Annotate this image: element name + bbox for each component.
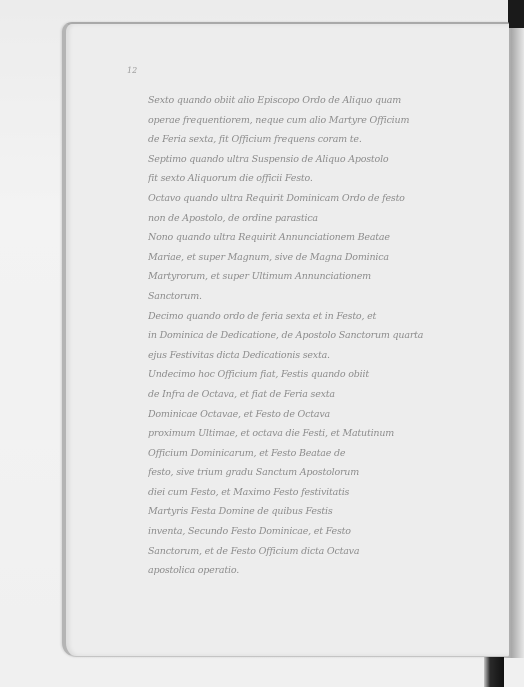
text-line: ejus Festivitas dicta Dedicationis sexta… — [148, 346, 498, 366]
text-line: de Infra de Octava, et fiat de Feria sex… — [148, 385, 498, 405]
text-line: Martyris Festa Domine de quibus Festis — [148, 502, 498, 522]
text-line: Undecimo hoc Officium fiat, Festis quand… — [148, 365, 498, 385]
text-line: Dominicae Octavae, et Festo de Octava — [148, 405, 498, 425]
text-line: Decimo quando ordo de feria sexta et in … — [148, 307, 498, 327]
text-line: Octavo quando ultra Requirit Dominicam O… — [148, 189, 498, 209]
handwritten-text-block: Sexto quando obiit alio Episcopo Ordo de… — [148, 91, 498, 581]
text-line: non de Apostolo, de ordine parastica — [148, 209, 498, 229]
text-line: Mariae, et super Magnum, sive de Magna D… — [148, 248, 498, 268]
text-line: fit sexto Aliquorum die officii Festo. — [148, 169, 498, 189]
book-binding-bottom — [484, 656, 504, 687]
text-line: inventa, Secundo Festo Dominicae, et Fes… — [148, 522, 498, 542]
text-line: Sanctorum, et de Festo Officium dicta Oc… — [148, 542, 498, 562]
text-line: Officium Dominicarum, et Festo Beatae de — [148, 444, 498, 464]
text-line: in Dominica de Dedicatione, de Apostolo … — [148, 326, 498, 346]
text-line: proximum Ultimae, et octava die Festi, e… — [148, 424, 498, 444]
page-number: 12 — [127, 66, 137, 75]
text-line: Martyrorum, et super Ultimum Annunciatio… — [148, 267, 498, 287]
text-line: Nono quando ultra Requirit Annunciatione… — [148, 228, 498, 248]
text-line: Septimo quando ultra Suspensio de Aliquo… — [148, 150, 498, 170]
text-line: festo, sive trium gradu Sanctum Apostolo… — [148, 463, 498, 483]
manuscript-page: 12 Sexto quando obiit alio Episcopo Ordo… — [62, 22, 509, 657]
text-line: diei cum Festo, et Maximo Festo festivit… — [148, 483, 498, 503]
text-line: apostolica operatio. — [148, 561, 498, 581]
text-line: de Feria sexta, fit Officium frequens co… — [148, 130, 498, 150]
text-line: Sanctorum. — [148, 287, 498, 307]
text-line: Sexto quando obiit alio Episcopo Ordo de… — [148, 91, 498, 111]
text-line: operae frequentiorem, neque cum alio Mar… — [148, 111, 498, 131]
